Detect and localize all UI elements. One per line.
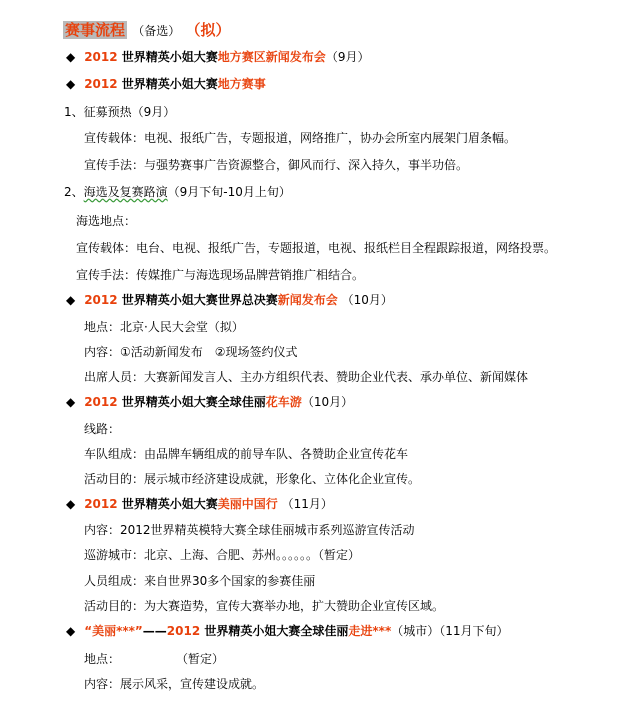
heading-draft: （拟） bbox=[186, 21, 231, 39]
phase2-location: 海选地点： bbox=[76, 213, 136, 229]
phase1-title: 1、征募预热（9月） bbox=[64, 104, 175, 120]
finals-location: 地点：北京·人民大会堂（拟） bbox=[84, 319, 244, 335]
phase2-method: 宣传手法：传媒推广与海选现场品牌营销推广相结合。 bbox=[76, 267, 364, 283]
city-location: 地点：（暂定） bbox=[84, 651, 224, 667]
diamond-bullet-icon: ◆ bbox=[66, 292, 80, 308]
tour-content: 内容：2012世界精英模特大赛全球佳丽城市系列巡游宣传活动 bbox=[84, 522, 415, 538]
parade-purpose: 活动目的：展示城市经济建设成就，形象化、立体化企业宣传。 bbox=[84, 471, 420, 487]
section-heading-finals-press: ◆ 2012 世界精英小姐大赛世界总决赛新闻发布会 （10月） bbox=[66, 292, 393, 308]
tour-cities: 巡游城市：北京、上海、合肥、苏州。。。。。。（暂定） bbox=[84, 547, 360, 563]
section-heading-china-tour: ◆ 2012 世界精英小姐大赛美丽中国行 （11月） bbox=[66, 496, 333, 512]
phase2-title: 2、海选及复赛路演（9月下旬-10月上旬） bbox=[64, 184, 291, 200]
diamond-bullet-icon: ◆ bbox=[66, 496, 80, 512]
finals-attendees: 出席人员：大赛新闻发言人、主办方组织代表、赞助企业代表、承办单位、新闻媒体 bbox=[84, 369, 528, 385]
document-heading: 赛事流程 （备选） （拟） bbox=[63, 20, 231, 41]
heading-optional: （备选） bbox=[132, 24, 180, 38]
parade-fleet: 车队组成：由品牌车辆组成的前导车队、各赞助企业宣传花车 bbox=[84, 446, 408, 462]
parade-route: 线路： bbox=[84, 421, 120, 437]
phase1-media: 宣传载体：电视、报纸广告，专题报道，网络推广，协办会所室内展架门眉条幅。 bbox=[84, 130, 516, 146]
section-heading-city-visit: ◆ “美丽***”——2012 世界精英小姐大赛全球佳丽走进***（城市）（11… bbox=[66, 623, 509, 639]
finals-content: 内容：①活动新闻发布 ②现场签约仪式 bbox=[84, 344, 298, 360]
heading-title: 赛事流程 bbox=[63, 21, 127, 39]
city-content: 内容：展示风采，宣传建设成就。 bbox=[84, 676, 264, 692]
tour-purpose: 活动目的：为大赛造势，宣传大赛举办地，扩大赞助企业宣传区域。 bbox=[84, 598, 444, 614]
section-heading-local-events: ◆ 2012 世界精英小姐大赛地方赛事 bbox=[66, 76, 266, 92]
diamond-bullet-icon: ◆ bbox=[66, 76, 80, 92]
section-heading-local-press: ◆ 2012 世界精英小姐大赛地方赛区新闻发布会（9月） bbox=[66, 49, 369, 65]
phase2-media: 宣传载体：电台、电视、报纸广告，专题报道，电视、报纸栏目全程跟踪报道，网络投票。 bbox=[76, 240, 556, 256]
section-heading-parade: ◆ 2012 世界精英小姐大赛全球佳丽花车游（10月） bbox=[66, 394, 353, 410]
diamond-bullet-icon: ◆ bbox=[66, 49, 80, 65]
diamond-bullet-icon: ◆ bbox=[66, 623, 80, 639]
phase1-method: 宣传手法：与强势赛事广告资源整合，御风而行、深入持久，事半功倍。 bbox=[84, 157, 468, 173]
diamond-bullet-icon: ◆ bbox=[66, 394, 80, 410]
tour-members: 人员组成：来自世界30多个国家的参赛佳丽 bbox=[84, 573, 315, 589]
